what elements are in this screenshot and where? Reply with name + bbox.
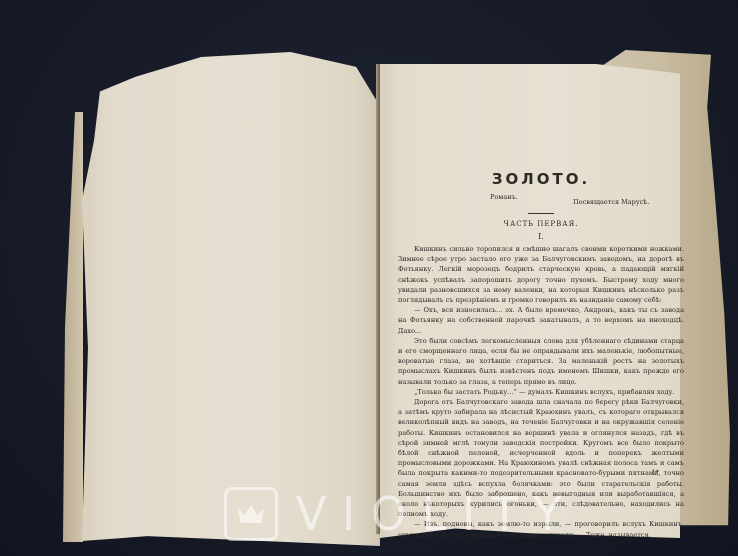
paragraph: Кишкинъ сильно торопился и смѣшно шагалъ… xyxy=(398,244,684,305)
left-page-edge xyxy=(63,112,83,542)
paragraph: — Изъ, подновы, какъ землю-то изрыли, — … xyxy=(398,519,684,539)
paragraph: Это были совсѣмъ легкомысленныя слова дл… xyxy=(398,336,684,387)
chapter-title: ЗОЛОТО. xyxy=(398,170,684,188)
divider xyxy=(528,213,554,214)
paragraph: Дорога отъ Балчуговскаго завода шла снач… xyxy=(398,397,684,519)
left-page xyxy=(82,52,380,546)
dedication: Посвящается Марусѣ. xyxy=(573,198,649,206)
right-page-text: ЗОЛОТО. Романъ. Посвящается Марусѣ. ЧАСТ… xyxy=(398,170,684,540)
page-signature: 1* xyxy=(651,469,659,477)
paragraph: „Только бы застать Родьку...“ — думалъ К… xyxy=(398,387,684,397)
book-photo: Д. Н. МАМИНЪ-СИБИРЯКЪ ПОЛНОЕ СОБРАНІЕ СО… xyxy=(0,0,738,556)
chapter-number: I. xyxy=(398,232,684,241)
genre-label: Романъ. xyxy=(490,193,518,201)
paragraph: — Охъ, вся износилась... эх. А было врем… xyxy=(398,305,684,336)
part-heading: ЧАСТЬ ПЕРВАЯ. xyxy=(398,220,684,228)
